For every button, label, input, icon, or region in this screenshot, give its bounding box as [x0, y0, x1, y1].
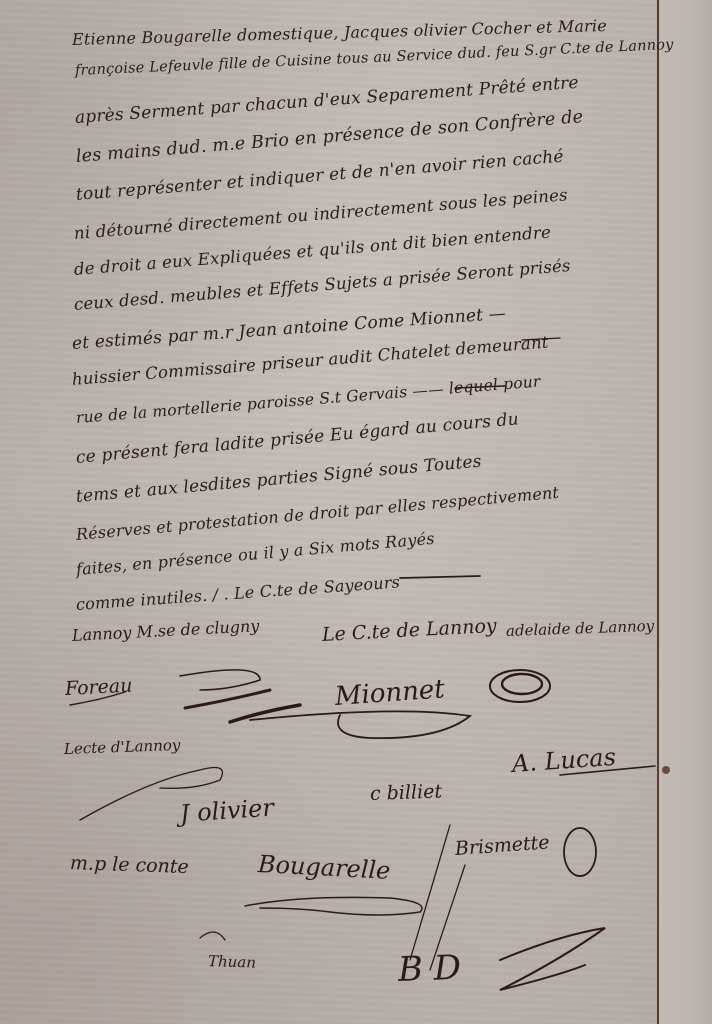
signature-foreau: Foreau [64, 674, 133, 700]
ink-blot [662, 766, 670, 774]
signature-bd: B D [397, 948, 461, 990]
signature-thuan: Thuan [208, 952, 257, 972]
signature-billiet: c billiet [370, 780, 443, 805]
signature-le-conte: m.p le conte [70, 852, 190, 878]
adjacent-page-edge [659, 0, 712, 1024]
